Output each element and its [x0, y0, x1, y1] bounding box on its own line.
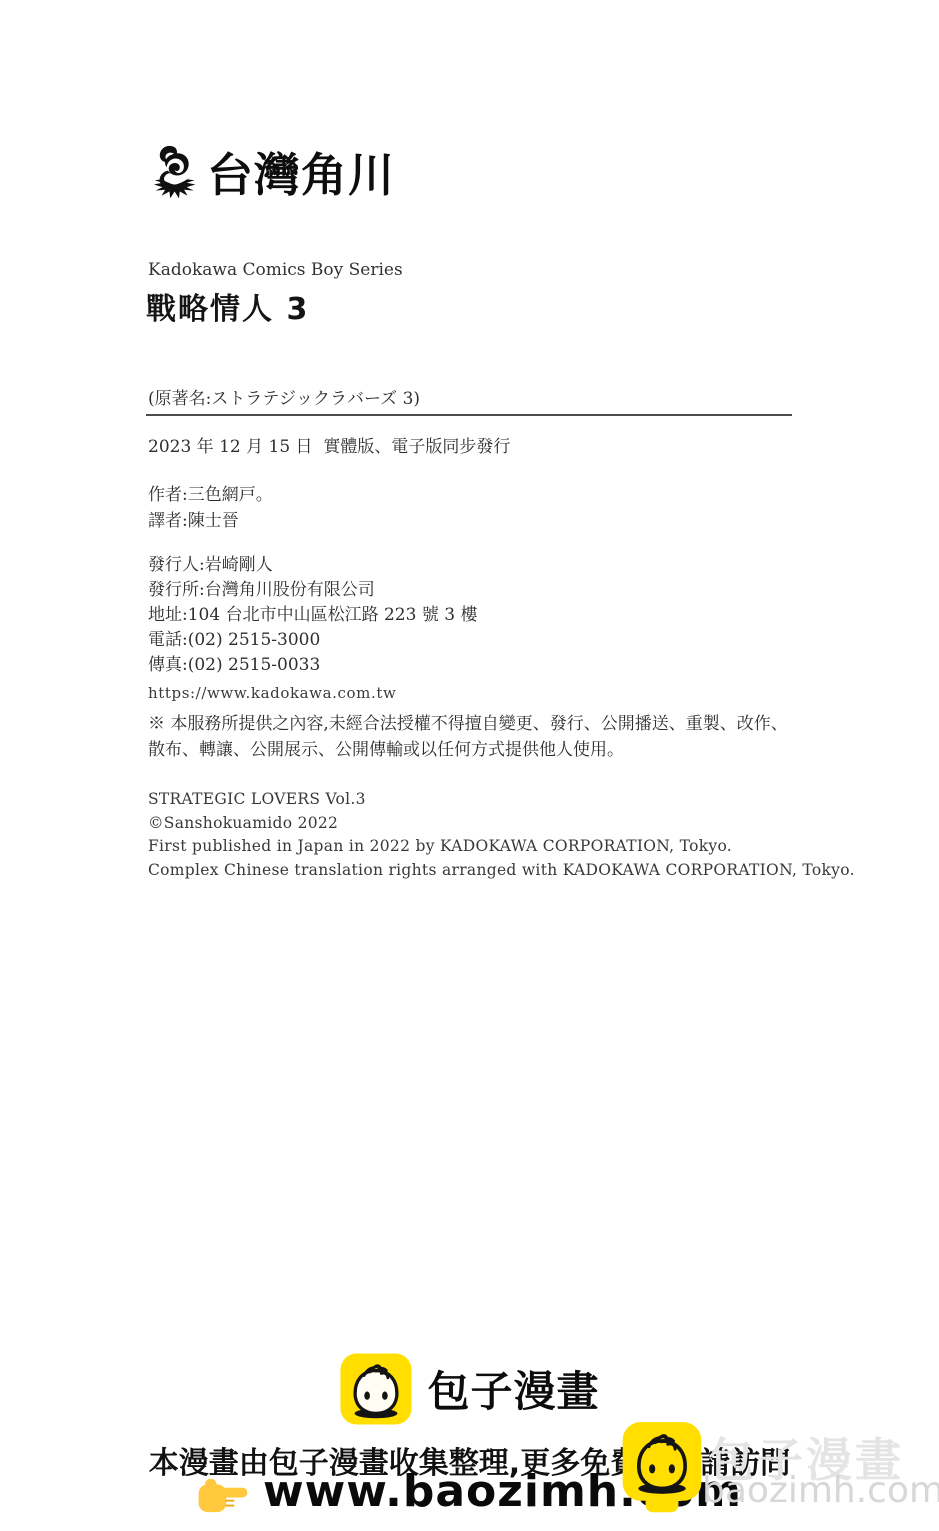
publisher-person-line: 發行人:岩崎剛人 — [148, 553, 477, 578]
rights-disclaimer: ※ 本服務所提供之內容,未經合法授權不得擅自變更、發行、公開播送、重製、改作、散… — [148, 712, 800, 763]
publisher-logo-text: 台灣角川 — [207, 144, 395, 206]
bao-icon — [339, 1352, 413, 1426]
watermark-url: baozimh.com — [702, 1470, 939, 1511]
address-line: 地址:104 台北市中山區松江路 223 號 3 樓 — [148, 603, 477, 628]
original-title: (原著名:ストラテジックラバーズ 3) — [148, 384, 420, 409]
publisher-website: https://www.kadokawa.com.tw — [148, 681, 477, 706]
copyright-holder-line: ©Sanshokuamido 2022 — [148, 812, 855, 836]
copyright-first-pub-line: First published in Japan in 2022 by KADO… — [148, 835, 855, 859]
series-label: Kadokawa Comics Boy Series — [148, 260, 403, 280]
credits-block: 作者:三色網戸。 譯者:陳士晉 — [148, 482, 273, 534]
pointing-finger-icon — [197, 1473, 249, 1517]
publisher-logo: 台灣角川 — [146, 144, 395, 206]
divider-rule — [146, 414, 792, 416]
footer-brand-name: 包子漫畫 — [427, 1359, 599, 1419]
bao-mascot-icon — [621, 1420, 703, 1516]
phone-line: 電話:(02) 2515-3000 — [148, 628, 477, 653]
release-info: 2023 年 12 月 15 日 實體版、電子版同步發行 — [148, 432, 510, 457]
publication-block: 發行人:岩崎剛人 發行所:台灣角川股份有限公司 地址:104 台北市中山區松江路… — [148, 553, 477, 706]
copyright-block: STRATEGIC LOVERS Vol.3 ©Sanshokuamido 20… — [148, 788, 855, 882]
copyright-title-line: STRATEGIC LOVERS Vol.3 — [148, 788, 855, 812]
fax-line: 傳真:(02) 2515-0033 — [148, 653, 477, 678]
colophon-page: 台灣角川 Kadokawa Comics Boy Series 戰略情人 3 (… — [0, 0, 939, 1531]
copyright-translation-line: Complex Chinese translation rights arran… — [148, 859, 855, 883]
translator-line: 譯者:陳士晉 — [148, 508, 273, 534]
phoenix-icon — [146, 144, 198, 206]
author-line: 作者:三色網戸。 — [148, 482, 273, 508]
book-title: 戰略情人 3 — [146, 284, 309, 328]
publishing-house-line: 發行所:台灣角川股份有限公司 — [148, 578, 477, 603]
footer-brand: 包子漫畫 — [0, 1352, 939, 1426]
